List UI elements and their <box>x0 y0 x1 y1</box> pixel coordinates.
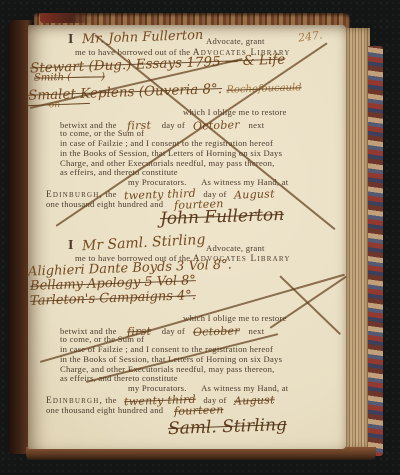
book-title-2: Smith (———) <box>34 71 105 83</box>
signed-month-handwritten: August <box>234 188 275 200</box>
year-prefix: one thousand eight hundred and <box>46 405 163 415</box>
witness-phrase: As witness my Hand, at <box>201 383 288 393</box>
procurators-line: my Procurators. As witness my Hand, at <box>128 384 288 393</box>
advocate-grant-label: Advocate, grant <box>206 37 265 46</box>
day-of-label: day of <box>162 120 185 130</box>
marbled-board-edge <box>368 46 383 456</box>
advocate-grant-label: Advocate, grant <box>206 244 265 253</box>
borrow-entry-fullerton: I Mr. John Fullerton Advocate, grant me … <box>28 29 346 235</box>
printed-initial: I <box>68 32 74 47</box>
procurators-line: my Procurators. As witness my Hand, at <box>128 178 288 187</box>
borrower-name-handwritten: Mr Saml. Stirling <box>82 232 206 254</box>
register-page: 247. I Mr. John Fullerton Advocate, gran… <box>28 25 346 449</box>
opening-line: I <box>68 239 74 253</box>
book-fore-edge <box>344 28 370 450</box>
oblige-line: which I oblige me to restore <box>183 108 287 117</box>
next-label: next <box>249 120 265 130</box>
borrow-entry-stirling: I Mr Saml. Stirling Advocate, grant me t… <box>28 235 346 441</box>
sum-line: to come, or the Sum of <box>60 129 144 138</box>
photo-of-borrowing-register: 247. I Mr. John Fullerton Advocate, gran… <box>0 0 400 475</box>
signed-year-handwritten: fourteen <box>174 404 224 417</box>
printed-initial: I <box>68 238 74 253</box>
signature-fullerton: John Fullerton <box>160 205 285 229</box>
procurators-word: my Procurators. <box>128 177 187 187</box>
signature-stirling: Saml. Stirling <box>168 415 288 439</box>
signed-month-handwritten: August <box>234 394 275 406</box>
effeirs-line: as effeirs, and thereto constitute <box>60 374 178 383</box>
day-of-label: day of <box>162 326 185 336</box>
year-line: one thousand eight hundred and fourteen <box>46 404 223 415</box>
opening-line: I <box>68 33 74 47</box>
effeirs-line: as effeirs, and thereto constitute <box>60 168 178 177</box>
year-prefix: one thousand eight hundred and <box>46 199 163 209</box>
return-month-handwritten: October <box>193 325 240 338</box>
session-line: in the Books of Session, that Letters of… <box>60 149 282 158</box>
failzie-line: in case of Failzie ; and I consent to th… <box>60 139 273 148</box>
procurators-word: my Procurators. <box>128 383 187 393</box>
next-label: next <box>249 326 265 336</box>
book-top-edge-leather-remnant <box>40 13 92 23</box>
